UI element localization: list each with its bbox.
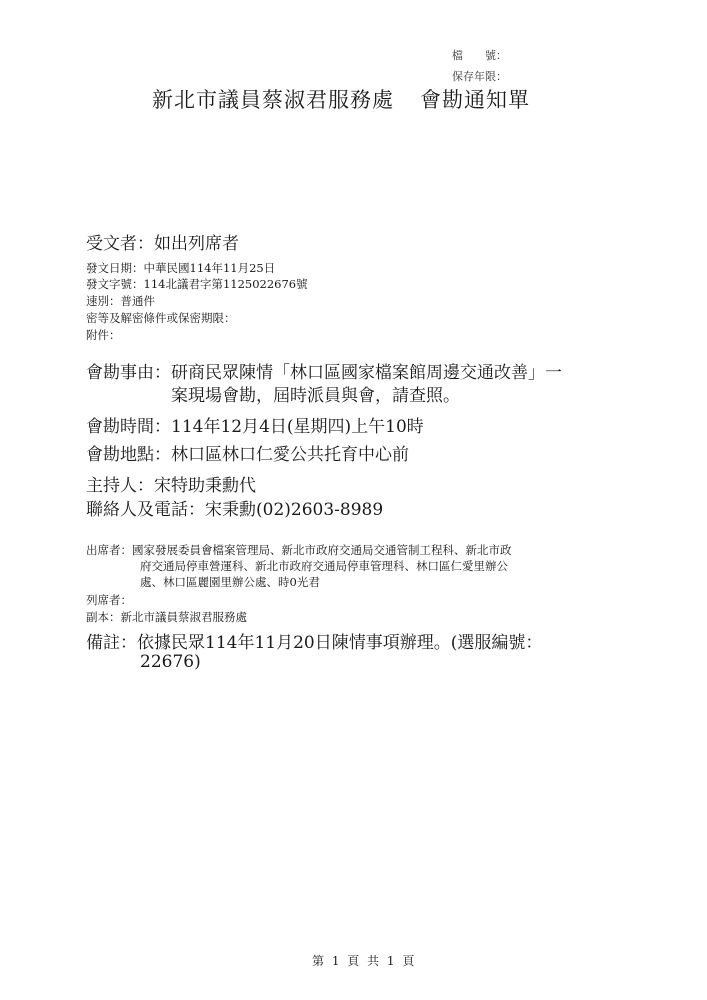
attachment: 附件： <box>86 328 121 343</box>
page-number: 第 1 頁 共 1 頁 <box>312 952 416 969</box>
secrecy-level: 密等及解密條件或保密期限： <box>86 311 236 326</box>
copy-label: 副本： <box>86 610 121 624</box>
retention-period-label: 保存年限： <box>452 68 507 84</box>
recipient-line: 受文者：如出列席者 <box>86 229 239 254</box>
subject-text-1: 研商民眾陳情「林口區國家檔案館周邊交通改善」一 <box>171 363 562 383</box>
file-number-label: 檔 號： <box>452 47 507 63</box>
location-value: 林口區林口仁愛公共托育中心前 <box>171 445 409 465</box>
observers: 列席者： <box>86 593 132 608</box>
issue-number: 發文字號：114北議君字第1125022676號 <box>86 277 308 292</box>
delivery-speed: 速別：普通件 <box>86 294 155 309</box>
remarks-text-1: 依據民眾114年11月20日陳情事項辦理。(選服編號： <box>137 633 542 653</box>
subject-label: 會勘事由： <box>86 363 171 383</box>
meeting-location: 會勘地點：林口區林口仁愛公共托育中心前 <box>86 440 409 465</box>
time-value: 114年12月4日(星期四)上午10時 <box>171 417 424 437</box>
location-label: 會勘地點： <box>86 445 171 465</box>
document-title: 新北市議員蔡淑君服務處會勘通知單 <box>152 84 530 114</box>
attendees-text-2: 府交通局停車營運科、新北市政府交通局停車管理科、林口區仁愛里辦公 <box>140 559 508 574</box>
subject-text-2: 案現場會勘，屆時派員與會，請查照。 <box>171 381 460 406</box>
host-value: 宋特助秉勳代 <box>154 476 256 496</box>
copy-value: 新北市議員蔡淑君服務處 <box>121 610 248 624</box>
attendees-line-1: 出席者：國家發展委員會檔案管理局、新北市政府交通局交通管制工程科、新北市政 <box>86 543 512 558</box>
attendees-text-1: 國家發展委員會檔案管理局、新北市政府交通局交通管制工程科、新北市政 <box>132 543 512 557</box>
contact: 聯絡人及電話：宋秉勳(02)2603-8989 <box>86 495 383 520</box>
recipient-value: 如出列席者 <box>154 234 239 254</box>
host-label: 主持人： <box>86 476 154 496</box>
recipient-label: 受文者： <box>86 234 154 254</box>
meeting-time: 會勘時間：114年12月4日(星期四)上午10時 <box>86 412 424 437</box>
contact-value: 宋秉勳(02)2603-8989 <box>205 500 383 520</box>
title-document-type: 會勘通知單 <box>420 88 530 112</box>
host: 主持人：宋特助秉勳代 <box>86 471 256 496</box>
observers-label: 列席者： <box>86 593 132 607</box>
issue-date: 發文日期：中華民國114年11月25日 <box>86 261 275 276</box>
contact-label: 聯絡人及電話： <box>86 500 205 520</box>
remarks-label: 備註： <box>86 633 137 653</box>
remarks-line-1: 備註：依據民眾114年11月20日陳情事項辦理。(選服編號： <box>86 628 542 653</box>
time-label: 會勘時間： <box>86 417 171 437</box>
attendees-text-3: 處、林口區麗園里辦公處、時0光君 <box>140 575 320 590</box>
subject-line-1: 會勘事由：研商民眾陳情「林口區國家檔案館周邊交通改善」一 <box>86 358 562 383</box>
attendees-label: 出席者： <box>86 543 132 557</box>
remarks-text-2: 22676) <box>140 652 201 672</box>
title-organization: 新北市議員蔡淑君服務處 <box>152 88 394 112</box>
copy-to: 副本：新北市議員蔡淑君服務處 <box>86 610 247 625</box>
